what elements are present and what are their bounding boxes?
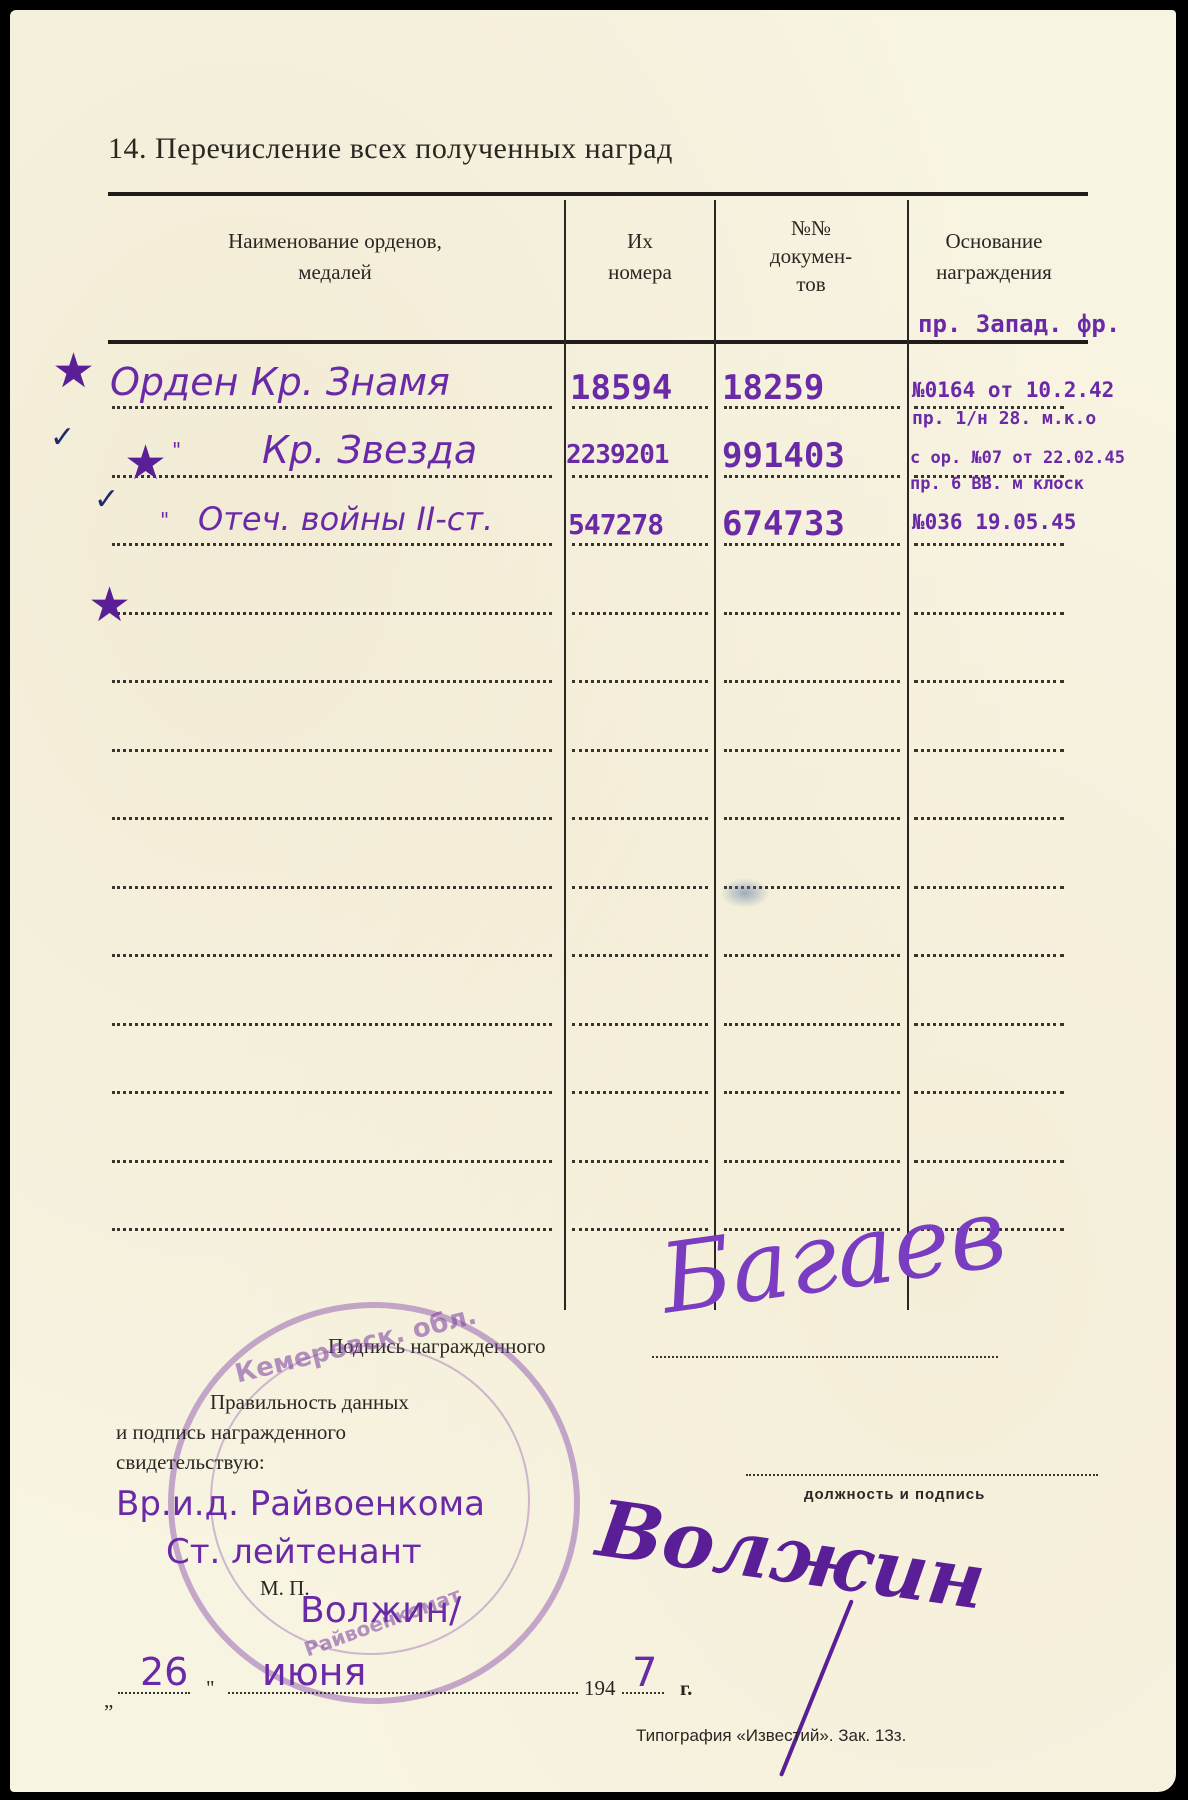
section-title: 14. Перечисление всех полученных наград: [108, 132, 673, 166]
table-row-dotted-line: [572, 886, 708, 889]
table-row-dotted-line: [572, 817, 708, 820]
table-row-dotted-line: [112, 1091, 552, 1094]
table-row-dotted-line: [112, 612, 552, 615]
header-award-number: Их номера: [566, 226, 714, 288]
table-row-dotted-line: [572, 1091, 708, 1094]
table-row-dotted-line: [914, 886, 1064, 889]
table-row-dotted-line: [572, 543, 708, 546]
table-row-dotted-line: [724, 817, 900, 820]
table-row-dotted-line: [112, 475, 552, 478]
table-row-dotted-line: [112, 1228, 552, 1231]
award-number-cell: 547278: [568, 508, 663, 541]
position-signature-label: должность и подпись: [804, 1486, 985, 1503]
award-number-cell: 18594: [570, 368, 672, 408]
position-signature-line: [746, 1474, 1098, 1476]
table-row-dotted-line: [724, 1160, 900, 1163]
date-year-line: [622, 1692, 664, 1694]
table-row-dotted-line: [112, 749, 552, 752]
official-position-handwritten: Вр.и.д. Райвоенкома: [116, 1484, 485, 1524]
table-row-dotted-line: [112, 680, 552, 683]
printer-imprint: Типография «Известий». Зак. 13з.: [636, 1726, 906, 1746]
award-name-cell: Отеч. войны II-ст.: [198, 500, 493, 538]
award-name-cell: Кр. Звезда: [262, 428, 477, 472]
table-row-dotted-line: [914, 749, 1064, 752]
table-row-dotted-line: [572, 475, 708, 478]
ditto-mark: ": [160, 508, 169, 532]
date-year-unit: г.: [680, 1676, 692, 1701]
date-day: 26: [140, 1650, 188, 1694]
header-document-number: №№ докумен- тов: [716, 214, 906, 298]
star-mark-icon: ★: [52, 348, 95, 396]
ink-blot: [720, 878, 770, 908]
table-row-dotted-line: [572, 1160, 708, 1163]
date-close-quote: ": [206, 1676, 215, 1701]
date-day-line: [118, 1692, 190, 1694]
column-divider: [714, 200, 716, 1310]
document-number-cell: 674733: [722, 504, 845, 544]
table-row-dotted-line: [724, 749, 900, 752]
header-award-basis: Основание награждения: [909, 226, 1079, 288]
table-row-dotted-line: [914, 543, 1064, 546]
date-open-quote: „: [104, 1688, 113, 1713]
table-row-dotted-line: [112, 886, 552, 889]
table-row-dotted-line: [914, 954, 1064, 957]
table-row-dotted-line: [112, 406, 552, 409]
certification-line2: и подпись награжденного: [116, 1420, 346, 1445]
document-number-cell: 991403: [722, 436, 845, 476]
date-month: июня: [262, 1650, 366, 1694]
table-row-dotted-line: [112, 954, 552, 957]
document-number-cell: 18259: [722, 368, 824, 408]
table-row-dotted-line: [914, 1091, 1064, 1094]
table-row-dotted-line: [572, 612, 708, 615]
official-name-handwritten: Волжин/: [300, 1590, 461, 1631]
award-number-cell: 2239201: [566, 440, 669, 470]
certification-line1: Правильность данных: [210, 1390, 409, 1415]
table-row-dotted-line: [914, 680, 1064, 683]
table-row-dotted-line: [914, 1160, 1064, 1163]
table-row-dotted-line: [724, 1091, 900, 1094]
award-name-cell: Орден Кр. Знамя: [110, 360, 450, 404]
table-top-rule: [108, 192, 1088, 196]
column-divider: [564, 200, 566, 1310]
table-row-dotted-line: [112, 1160, 552, 1163]
official-rank-handwritten: Ст. лейтенант: [166, 1532, 422, 1572]
table-row-dotted-line: [914, 817, 1064, 820]
column-divider: [907, 200, 909, 1310]
date-year-suffix: 7: [632, 1650, 657, 1696]
star-mark-icon: ★: [88, 582, 131, 630]
basis-cell-line2: пр. 6 ВВ. м клоск: [910, 474, 1084, 494]
header-award-name: Наименование орденов, медалей: [110, 226, 560, 288]
table-row-dotted-line: [724, 954, 900, 957]
date-month-line: [228, 1692, 578, 1694]
awardee-signature-line: [652, 1356, 998, 1358]
table-row-dotted-line: [572, 954, 708, 957]
basis-header-note: пр. Запад. фр.: [918, 310, 1120, 338]
table-header-bottom-rule: [108, 340, 1088, 344]
ditto-mark: ": [172, 438, 181, 462]
basis-cell-line2: пр. 1/н 28. м.к.о: [912, 408, 1096, 429]
table-row-dotted-line: [112, 817, 552, 820]
table-row-dotted-line: [112, 543, 552, 546]
check-mark-icon: ✓: [50, 420, 75, 455]
table-row-dotted-line: [572, 749, 708, 752]
table-row-dotted-line: [914, 1023, 1064, 1026]
table-row-dotted-line: [724, 1023, 900, 1026]
star-mark-icon: ★: [124, 440, 167, 488]
table-row-dotted-line: [914, 612, 1064, 615]
certification-line3: свидетельствую:: [116, 1450, 265, 1475]
table-row-dotted-line: [572, 680, 708, 683]
basis-cell: №036 19.05.45: [912, 510, 1076, 534]
table-row-dotted-line: [572, 1023, 708, 1026]
check-mark-icon: ✓: [94, 482, 119, 517]
table-row-dotted-line: [724, 680, 900, 683]
basis-cell: №0164 от 10.2.42: [912, 378, 1114, 402]
table-row-dotted-line: [112, 1023, 552, 1026]
date-year-prefix: 194: [584, 1676, 616, 1701]
table-row-dotted-line: [724, 612, 900, 615]
basis-cell: с ор. №07 от 22.02.45: [910, 448, 1125, 468]
